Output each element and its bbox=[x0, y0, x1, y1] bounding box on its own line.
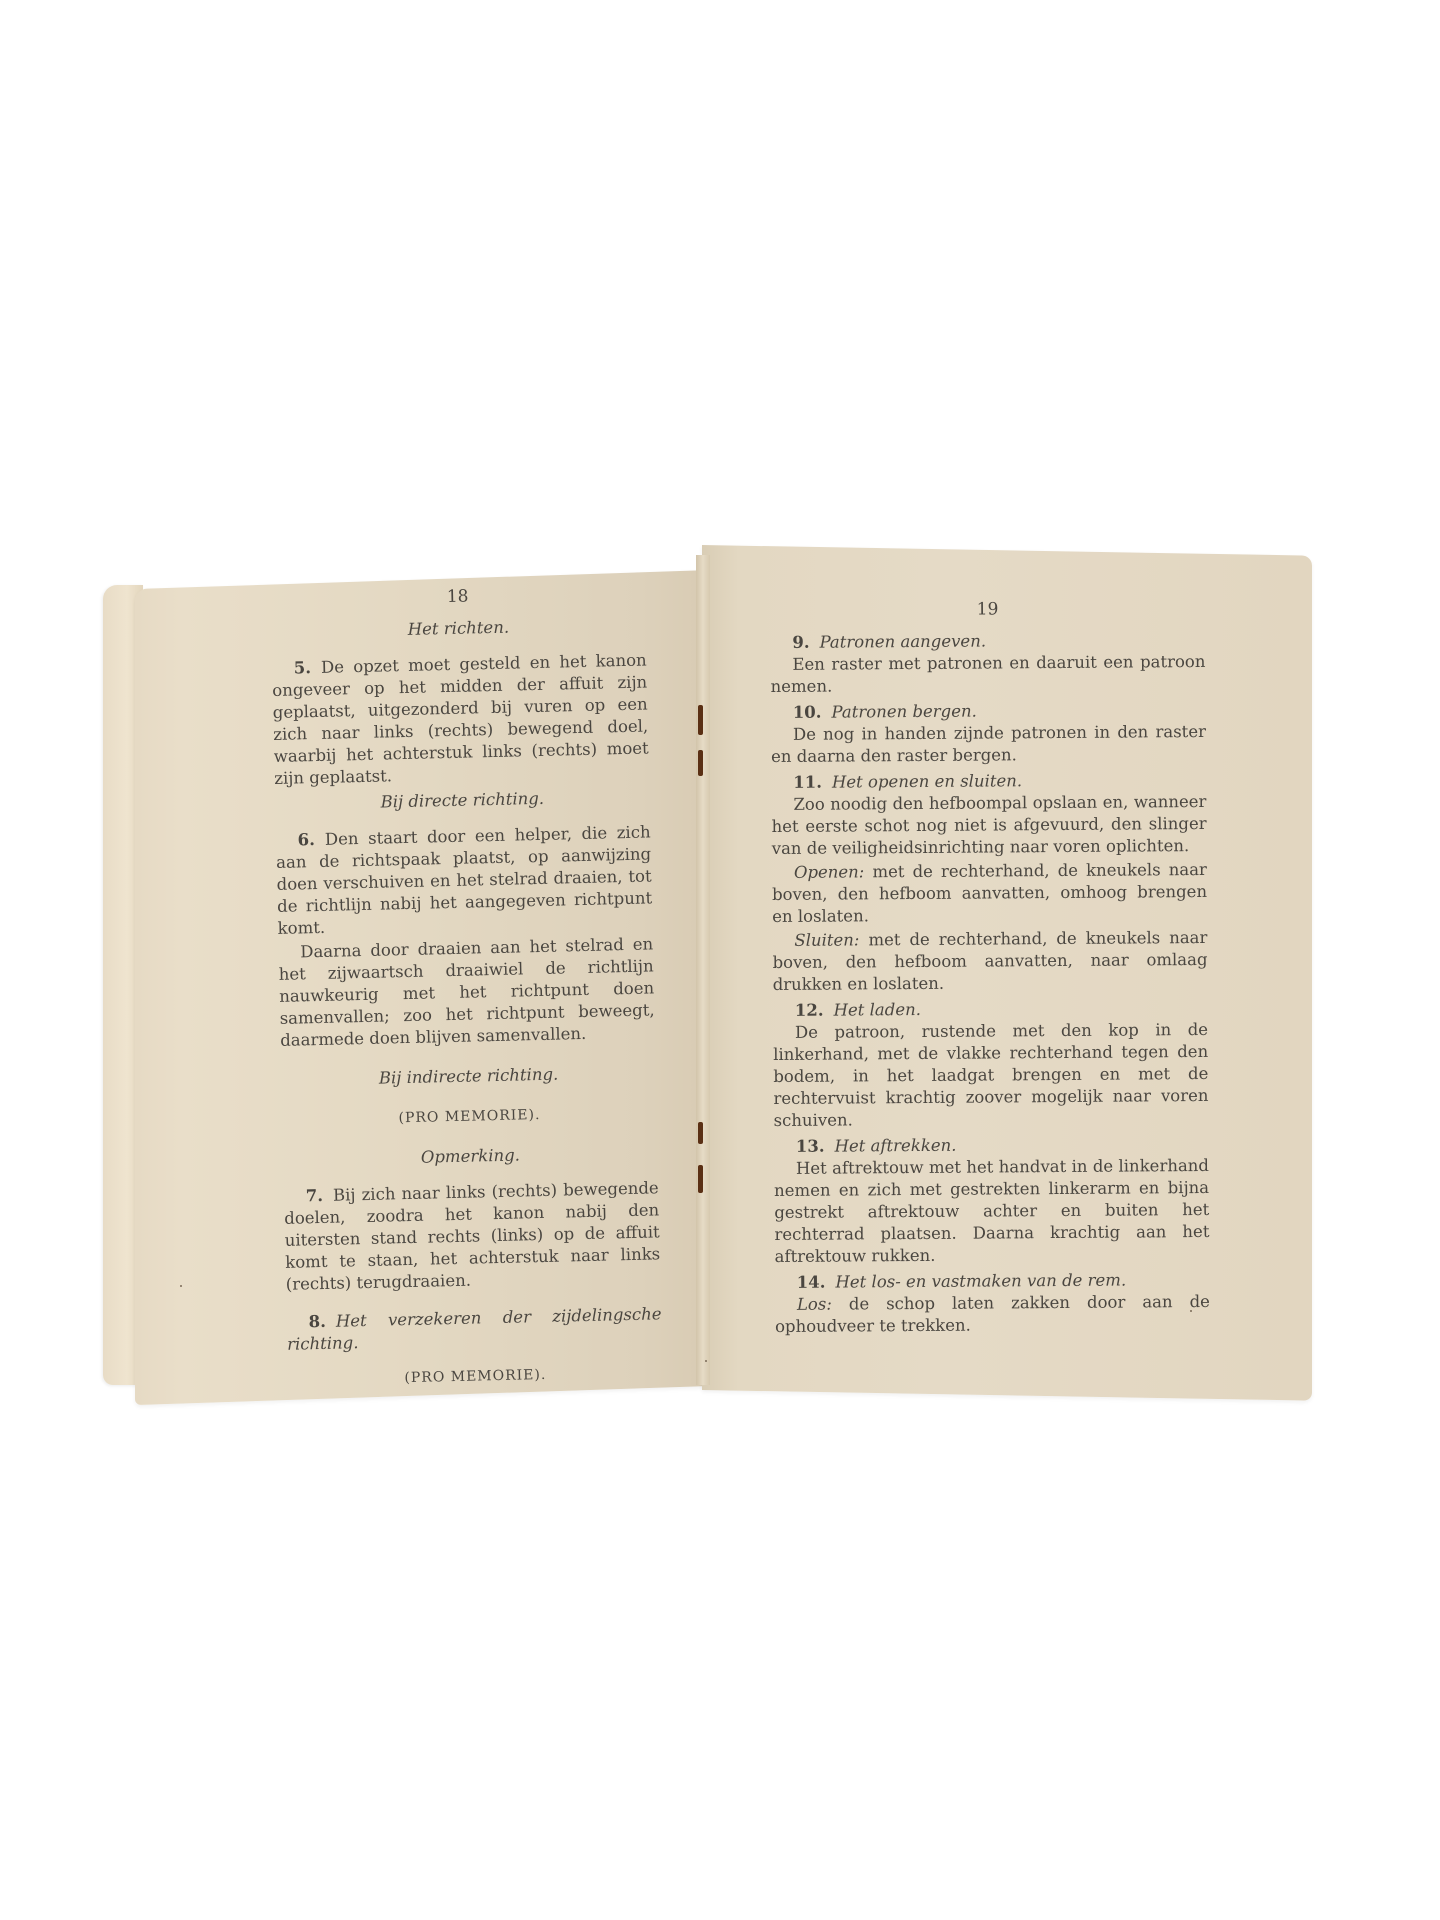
item-title: Het laden. bbox=[834, 1000, 921, 1020]
section-heading: Bij indirecte richting. bbox=[281, 1061, 656, 1092]
item-title: Het los- en vastmaken van de rem. bbox=[835, 1271, 1126, 1292]
item-10: 10.Patronen bergen. De nog in handen zij… bbox=[771, 699, 1206, 768]
item-number: 12. bbox=[795, 1001, 824, 1020]
open-book-photo: 18 Het richten. 5.De opzet moet gesteld … bbox=[0, 0, 1440, 1920]
paragraph-number: 6. bbox=[297, 830, 315, 849]
section-heading: Bij directe richting. bbox=[275, 785, 650, 816]
label-sluiten: Sluiten: bbox=[794, 930, 859, 949]
item-13: 13.Het aftrekken. Het aftrektouw met het… bbox=[774, 1133, 1210, 1268]
section-heading: Opmerking. bbox=[283, 1141, 658, 1172]
item-title: Het aftrekken. bbox=[834, 1136, 956, 1156]
paragraph-text: Bij zich naar links (rechts) bewegende d… bbox=[284, 1178, 660, 1293]
item-12: 12.Het laden. De patroon, rustende met d… bbox=[773, 997, 1209, 1132]
pro-memorie-note: (PRO MEMORIE). bbox=[282, 1101, 657, 1132]
item-number: 10. bbox=[793, 703, 822, 722]
paragraph-text: Den staart door een helper, die zich aan… bbox=[276, 822, 652, 937]
paragraph-title: Het verzekeren der zijdelingsche richtin… bbox=[287, 1304, 662, 1353]
item-text: Het aftrektouw met het handvat in de lin… bbox=[774, 1155, 1210, 1268]
item-11: 11.Het openen en sluiten. Zoo noodig den… bbox=[771, 769, 1208, 996]
item-text: Een raster met patronen en daaruit een p… bbox=[770, 651, 1205, 698]
item-number: 11. bbox=[793, 773, 822, 792]
paragraph-number: 8. bbox=[308, 1312, 326, 1331]
paragraph-number: 7. bbox=[306, 1186, 324, 1205]
item-number: 9. bbox=[792, 633, 809, 652]
paragraph-text: De opzet moet gesteld en het kanon ongev… bbox=[272, 650, 649, 787]
label-los: Los: bbox=[797, 1295, 832, 1314]
binding-stitch bbox=[698, 705, 703, 735]
item-subparagraph-close: Sluiten: met de rechterhand, de kneukels… bbox=[772, 927, 1207, 996]
item-title: Het openen en sluiten. bbox=[832, 771, 1022, 791]
label-openen: Openen: bbox=[794, 862, 865, 881]
binding-stitch bbox=[698, 1165, 703, 1193]
item-text: De patroon, rustende met den kop in de l… bbox=[773, 1019, 1209, 1132]
pro-memorie-note: (PRO MEMORIE). bbox=[288, 1361, 663, 1392]
paragraph-number: 5. bbox=[294, 658, 312, 677]
item-text: De nog in handen zijnde patronen in den … bbox=[771, 721, 1206, 768]
item-title: Patronen bergen. bbox=[831, 702, 976, 722]
paragraph-5: 5.De opzet moet gesteld en het kanon ong… bbox=[272, 649, 650, 789]
section-heading: Het richten. bbox=[271, 613, 646, 644]
book-gutter bbox=[696, 555, 710, 1385]
item-subparagraph-los: Los: de schop laten zakken door aan de o… bbox=[775, 1291, 1210, 1338]
item-14: 14.Het los- en vastmaken van de rem. Los… bbox=[775, 1269, 1210, 1338]
item-9: 9.Patronen aangeven. Een raster met patr… bbox=[770, 629, 1205, 698]
item-number: 13. bbox=[796, 1137, 825, 1156]
item-number: 14. bbox=[797, 1273, 826, 1292]
right-page-text: 19 9.Patronen aangeven. Een raster met p… bbox=[770, 597, 1210, 1340]
binding-stitch bbox=[698, 750, 703, 776]
paragraph-6: 6.Den staart door een helper, die zich a… bbox=[275, 821, 652, 939]
page-number-right: 19 bbox=[770, 597, 1205, 622]
item-text: Zoo noodig den hefboompal opslaan en, wa… bbox=[771, 791, 1206, 860]
paragraph-7: 7.Bij zich naar links (rechts) bewegende… bbox=[284, 1177, 661, 1295]
item-title: Patronen aangeven. bbox=[819, 631, 986, 651]
item-subparagraph-open: Openen: met de rechterhand, de kneukels … bbox=[772, 859, 1207, 928]
left-page-text: 18 Het richten. 5.De opzet moet gesteld … bbox=[270, 581, 664, 1409]
binding-stitch bbox=[698, 1122, 703, 1144]
paragraph-6b: Daarna door draaien aan het stelrad en h… bbox=[278, 933, 655, 1051]
paragraph-8: 8.Het verzekeren der zijdelingsche richt… bbox=[286, 1303, 662, 1355]
